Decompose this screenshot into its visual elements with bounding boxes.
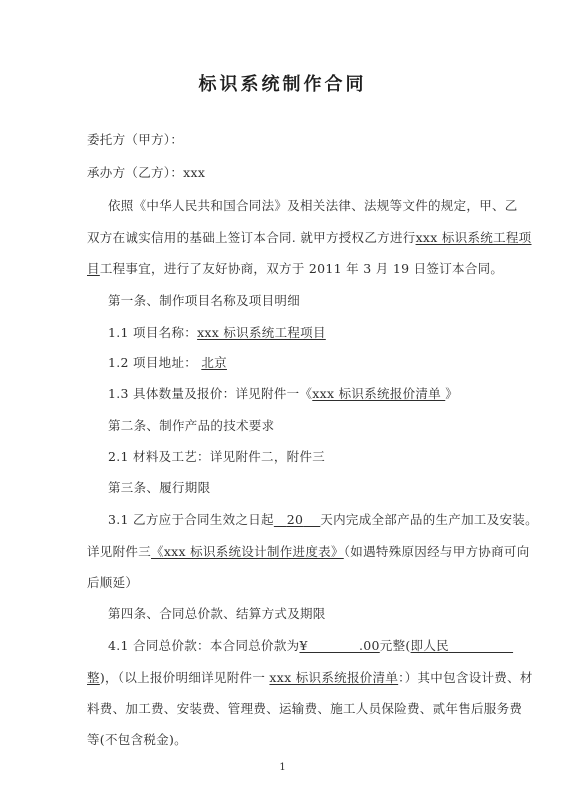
quote-list-underlined: xxx 标识系统报价清单	[269, 670, 398, 685]
article-4-line-2: 整)，（以上报价明细详见附件一 xxx 标识系统报价清单：）其中包含设计费、材	[87, 668, 533, 686]
article-3-item-1: 3.1 乙方应于合同生效之日起 20 天内完成全部产品的生产加工及安装。	[108, 510, 538, 528]
days-number: 20	[287, 512, 304, 527]
amount-words-blank: 即人民	[411, 638, 514, 653]
days-value: 20	[274, 512, 320, 527]
schedule-doc-underlined: 《xxx 标识系统设计制作进度表》	[151, 544, 344, 559]
article-4-line-4: 等(不包含税金)。	[87, 730, 187, 748]
party-a-line: 委托方（甲方）：	[87, 130, 183, 148]
preamble-line-2: 双方在诚实信用的基础上签订本合同. 就甲方授权乙方进行xxx 标识系统工程项	[87, 228, 532, 246]
article-4-heading: 第四条、合同总价款、结算方式及期限	[108, 604, 326, 622]
amount-words-end: 整	[87, 670, 100, 685]
item-value: xxx 标识系统工程项目	[197, 325, 326, 340]
item-text: 详见附件三	[87, 544, 151, 559]
preamble-line-1: 依照《中华人民共和国合同法》及相关法律、法规等文件的规定，甲、乙	[108, 196, 518, 214]
item-value: xxx 标识系统报价清单	[312, 386, 445, 401]
article-3-line-2: 详见附件三《xxx 标识系统设计制作进度表》（如遇特殊原因经与甲方协商可向	[87, 542, 530, 560]
article-2-item-1: 2.1 材料及工艺：详见附件二，附件三	[108, 447, 325, 465]
article-3-line-3: 后顺延）	[87, 573, 138, 591]
item-text-end: （如遇特殊原因经与甲方协商可向	[344, 544, 530, 559]
preamble-text: 双方在诚实信用的基础上签订本合同. 就甲方授权乙方进行	[87, 230, 416, 245]
item-text-mid: 元整(	[380, 638, 411, 653]
article-1-item-1: 1.1 项目名称：xxx 标识系统工程项目	[108, 323, 326, 341]
article-3-heading: 第三条、履行期限	[108, 478, 210, 496]
item-text-end: ：）其中包含设计费、材	[398, 670, 533, 685]
article-1-heading: 第一条、制作项目名称及项目明细	[108, 291, 300, 309]
party-b-line: 承办方（乙方）：xxx	[87, 163, 205, 181]
preamble-line-3: 目工程事宜，进行了友好协商，双方于 2011 年 3 月 19 日签订本合同。	[87, 259, 503, 277]
item-text: )，（以上报价明细详见附件一	[100, 670, 270, 685]
item-close: 》	[445, 386, 458, 401]
page-number: 1	[0, 762, 565, 773]
preamble-text-end: 工程事宜，进行了友好协商，双方于 2011 年 3 月 19 日签订本合同。	[100, 261, 503, 276]
article-1-item-3: 1.3 具体数量及报价：详见附件一《xxx 标识系统报价清单 》	[108, 384, 458, 402]
project-name-underlined-cont: 目	[87, 261, 100, 276]
amount-words-label: 即人民	[411, 638, 449, 653]
item-text-end: 天内完成全部产品的生产加工及安装。	[320, 512, 538, 527]
item-text: 4.1 合同总价款：本合同总价款为	[108, 638, 299, 653]
item-value: 北京	[201, 355, 227, 370]
article-4-item-1: 4.1 合同总价款：本合同总价款为¥ .00元整(即人民	[108, 636, 513, 654]
document-page: 标识系统制作合同 委托方（甲方）： 承办方（乙方）：xxx 依照《中华人民共和国…	[0, 0, 565, 800]
article-2-heading: 第二条、制作产品的技术要求	[108, 416, 274, 434]
item-text: 3.1 乙方应于合同生效之日起	[108, 512, 274, 527]
amount-blank: ¥ .00	[299, 638, 379, 653]
project-name-underlined: xxx 标识系统工程项	[416, 230, 532, 245]
item-label: 1.3 具体数量及报价：详见附件一《	[108, 386, 312, 401]
item-label: 1.1 项目名称：	[108, 325, 197, 340]
item-label: 1.2 项目地址：	[108, 355, 197, 370]
article-1-item-2: 1.2 项目地址： 北京	[108, 353, 227, 371]
document-title: 标识系统制作合同	[0, 70, 565, 96]
article-4-line-3: 料费、加工费、安装费、管理费、运输费、施工人员保险费、贰年售后服务费	[87, 699, 522, 717]
